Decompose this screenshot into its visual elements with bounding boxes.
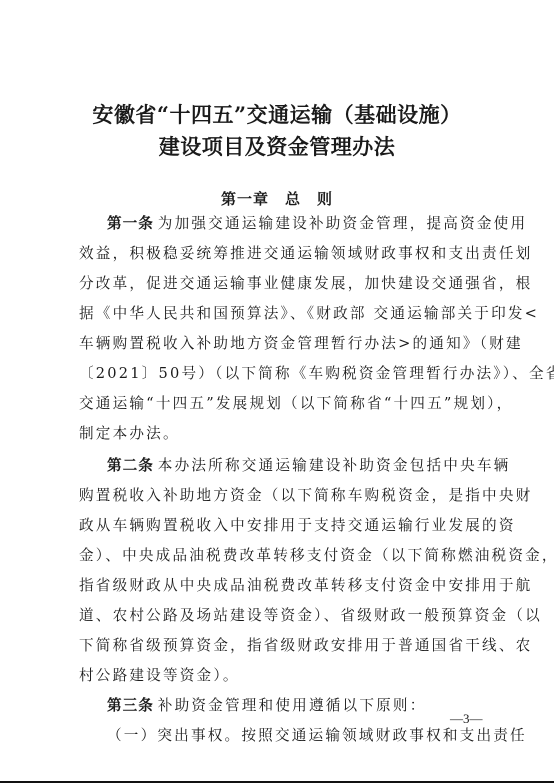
article-3-label: 第三条	[107, 697, 154, 714]
article-1-line-4: 据《中华人民共和国预算法》、《财政部 交通运输部关于印发<	[79, 302, 479, 323]
article-2-line-3: 政从车辆购置税收入中安排用于支持交通运输行业发展的资	[79, 514, 479, 535]
article-1-line-6: 〔2021〕50号）（以下简称《车购税资金管理暂行办法》）、全省	[79, 362, 479, 383]
article-2-line-2: 购置税收入补助地方资金（以下简称车购税资金，是指中央财	[79, 484, 479, 505]
bottom-border	[0, 781, 554, 783]
article-2-line-8: 村公路建设等资金）。	[79, 664, 479, 685]
article-1-line-8: 制定本办法。	[79, 422, 479, 443]
article-1-line-1: 第一条为加强交通运输建设补助资金管理，提高资金使用	[107, 212, 479, 233]
article-1-line-7: 交通运输“十四五”发展规划（以下简称省“十四五”规划），	[79, 392, 479, 413]
article-1-line-2: 效益，积极稳妥统筹推进交通运输领域财政事权和支出责任划	[79, 242, 479, 263]
article-2-line-7: 下简称省级预算资金，指省级财政安排用于普通国省干线、农	[79, 634, 479, 655]
article-3-line-1: 第三条补助资金管理和使用遵循以下原则：	[107, 694, 479, 715]
article-2-line-4: 金）、中央成品油税费改革转移支付资金（以下简称燃油税资金，	[79, 544, 479, 565]
article-2-line-6: 道、农村公路及场站建设等资金）、省级财政一般预算资金（以	[79, 604, 479, 625]
document-title-line-2: 建设项目及资金管理办法	[0, 131, 554, 161]
article-2-label: 第二条	[107, 457, 154, 474]
document-title-line-1: 安徽省“十四五”交通运输（基础设施）	[0, 99, 554, 129]
article-1-line-3: 分改革，促进交通运输事业健康发展，加快建设交通强省，根	[79, 272, 479, 293]
chapter-heading: 第一章 总 则	[0, 188, 554, 209]
article-1-label: 第一条	[107, 215, 154, 232]
article-2-line-1: 第二条本办法所称交通运输建设补助资金包括中央车辆	[107, 454, 479, 475]
article-3-line-2: （一）突出事权。按照交通运输领域财政事权和支出责任	[107, 724, 479, 745]
article-1-line-5: 车辆购置税收入补助地方资金管理暂行办法>的通知》（财建	[79, 332, 479, 353]
page-number: —3—	[450, 711, 483, 727]
article-2-line-5: 指省级财政从中央成品油税费改革转移支付资金中安排用于航	[79, 574, 479, 595]
